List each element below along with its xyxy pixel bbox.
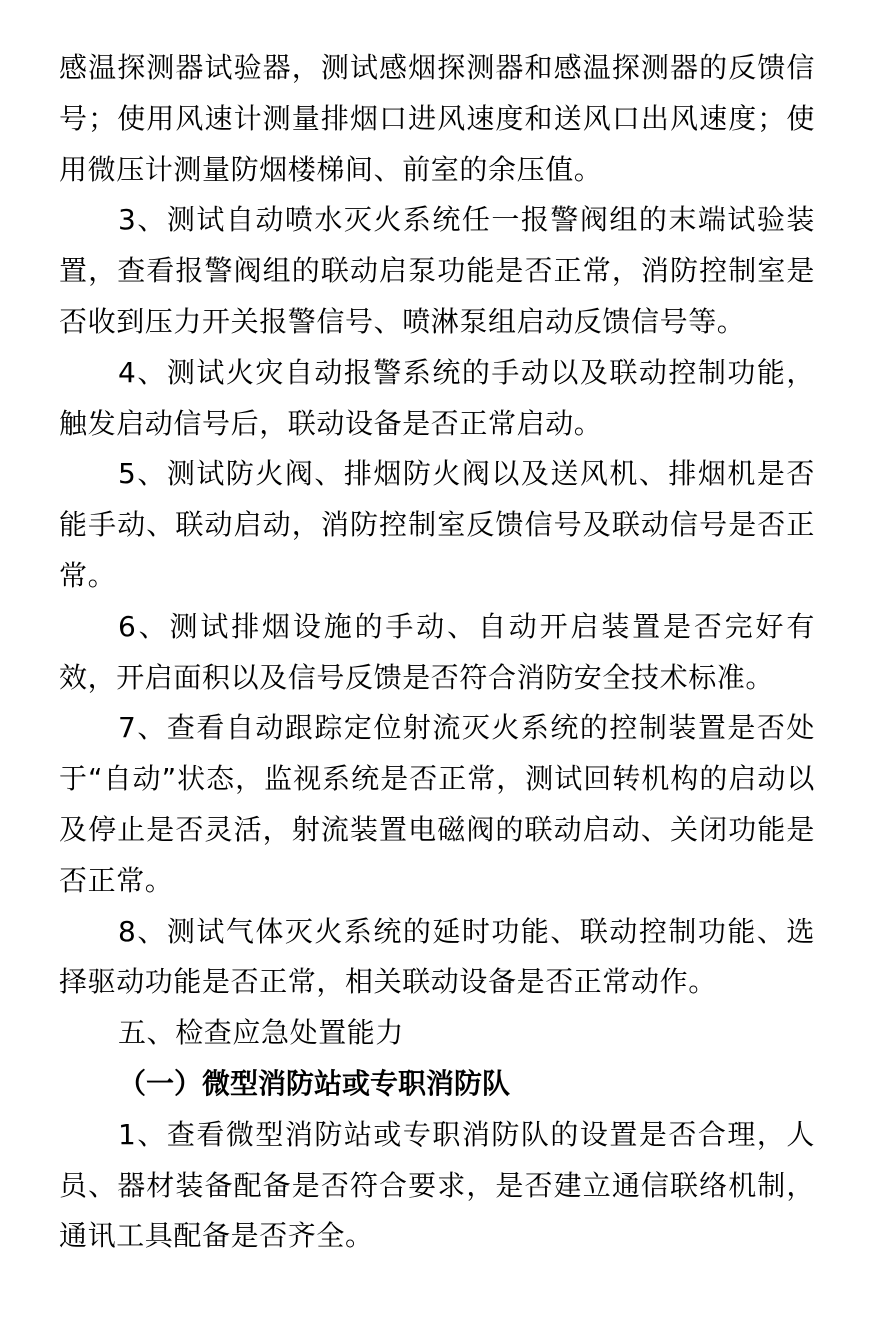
subsection-heading-fire-station: （一）微型消防站或专职消防队	[59, 1059, 815, 1110]
document-page: 感温探测器试验器，测试感烟探测器和感温探测器的反馈信号；使用风速计测量排烟口进风…	[59, 43, 815, 1262]
paragraph-continuation: 感温探测器试验器，测试感烟探测器和感温探测器的反馈信号；使用风速计测量排烟口进风…	[59, 43, 815, 195]
paragraph-item-7: 7、查看自动跟踪定位射流灭火系统的控制装置是否处于“自动”状态，监视系统是否正常…	[59, 703, 815, 906]
paragraph-item-4: 4、测试火灾自动报警系统的手动以及联动控制功能，触发启动信号后，联动设备是否正常…	[59, 348, 815, 450]
paragraph-item-3: 3、测试自动喷水灭火系统任一报警阀组的末端试验装置，查看报警阀组的联动启泵功能是…	[59, 195, 815, 347]
paragraph-item-8: 8、测试气体灭火系统的延时功能、联动控制功能、选择驱动功能是否正常，相关联动设备…	[59, 907, 815, 1009]
paragraph-sub-item-1: 1、查看微型消防站或专职消防队的设置是否合理，人员、器材装备配备是否符合要求，是…	[59, 1110, 815, 1262]
paragraph-item-5: 5、测试防火阀、排烟防火阀以及送风机、排烟机是否能手动、联动启动，消防控制室反馈…	[59, 449, 815, 601]
section-heading-emergency-response: 五、检查应急处置能力	[59, 1008, 815, 1059]
paragraph-item-6: 6、测试排烟设施的手动、自动开启装置是否完好有效，开启面积以及信号反馈是否符合消…	[59, 602, 815, 704]
